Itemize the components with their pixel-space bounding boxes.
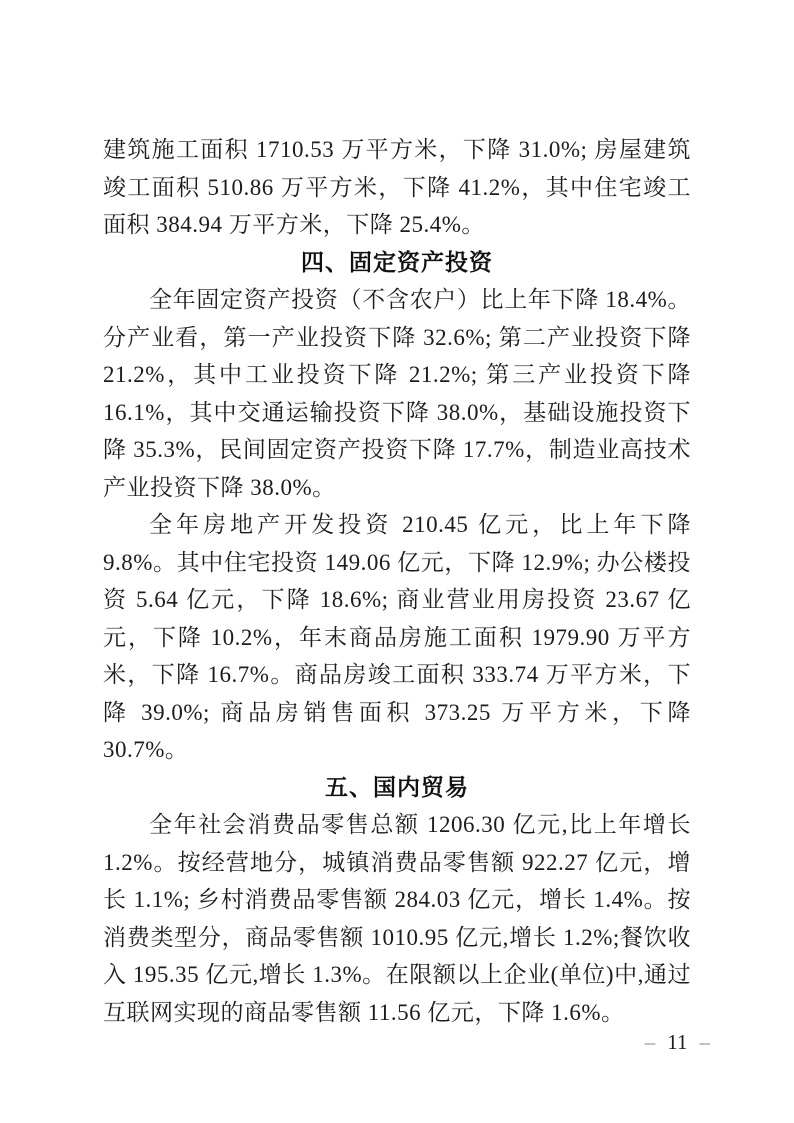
- body-paragraph: 全年社会消费品零售总额 1206.30 亿元,比上年增长 1.2%。按经营地分，…: [103, 806, 691, 1031]
- page-number: 11: [667, 1030, 687, 1055]
- body-paragraph: 全年房地产开发投资 210.45 亿元，比上年下降 9.8%。其中住宅投资 14…: [103, 506, 691, 769]
- section-heading: 五、国内贸易: [103, 769, 691, 807]
- section-heading: 四、固定资产投资: [103, 244, 691, 282]
- footer-dash-right: –: [700, 1030, 711, 1055]
- footer-dash-left: –: [645, 1030, 656, 1055]
- body-paragraph: 建筑施工面积 1710.53 万平方米，下降 31.0%; 房屋建筑竣工面积 5…: [103, 131, 691, 244]
- page-footer: – 11 –: [645, 1030, 710, 1055]
- document-page: 建筑施工面积 1710.53 万平方米，下降 31.0%; 房屋建筑竣工面积 5…: [0, 0, 794, 1123]
- body-paragraph: 全年固定资产投资（不含农户）比上年下降 18.4%。分产业看，第一产业投资下降 …: [103, 281, 691, 506]
- document-content: 建筑施工面积 1710.53 万平方米，下降 31.0%; 房屋建筑竣工面积 5…: [103, 131, 691, 1031]
